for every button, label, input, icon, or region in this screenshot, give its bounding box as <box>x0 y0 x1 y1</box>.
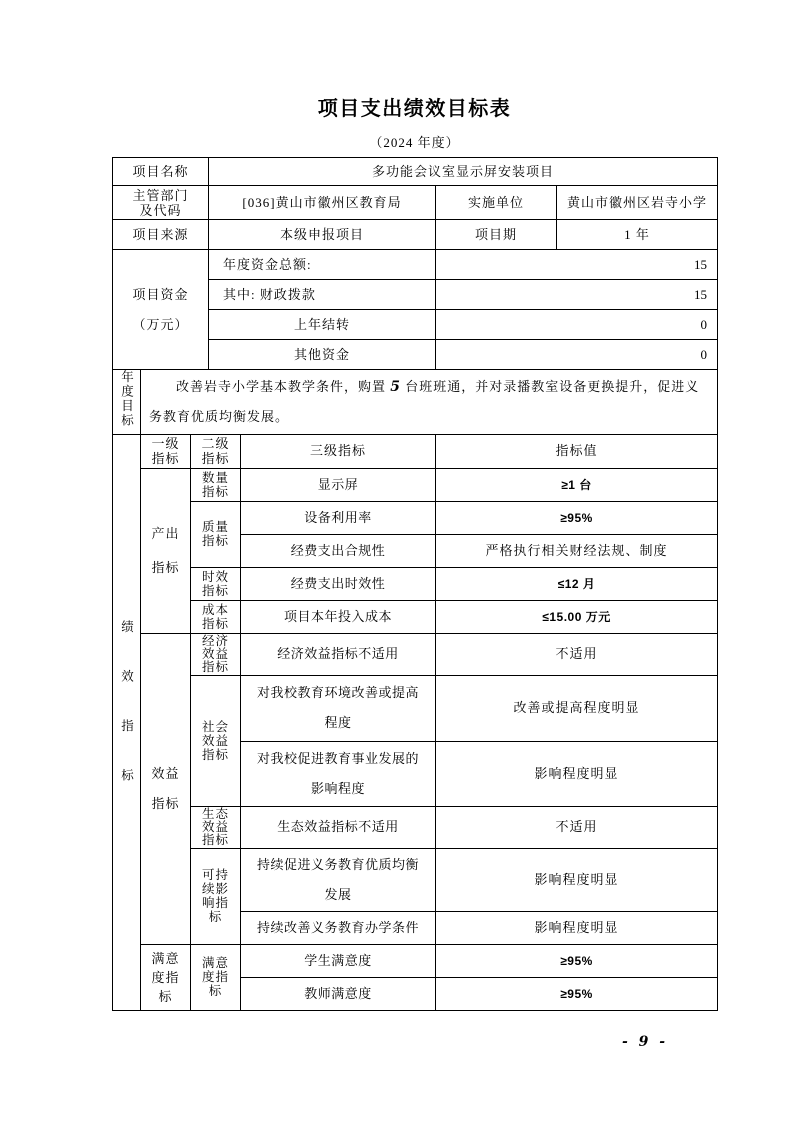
tier2-label: 时效 指标 <box>191 567 241 600</box>
table-row: 产出 指标 数量 指标 显示屏 ≥1 台 <box>113 468 718 501</box>
metric-cell: 对我校教育环境改善或提高 程度 <box>241 675 436 741</box>
table-row: 质量 指标 设备利用率 ≥95% <box>113 501 718 534</box>
project-source-label: 项目来源 <box>113 220 209 250</box>
project-period-value: 1 年 <box>557 220 718 250</box>
value-cell: ≤15.00 万元 <box>436 600 718 633</box>
metric-cell: 经费支出时效性 <box>241 567 436 600</box>
performance-target-table: 项目名称 多功能会议室显示屏安装项目 主管部门 及代码 [036]黄山市徽州区教… <box>112 157 718 1011</box>
tier2-label: 社会 效益 指标 <box>191 675 241 806</box>
tier2-label: 数量 指标 <box>191 468 241 501</box>
tier1-header: 一级 指标 <box>141 434 191 468</box>
table-row: 可持 续影 响指 标 持续促进义务教育优质均衡 发展 影响程度明显 <box>113 848 718 911</box>
project-period-label: 项目期 <box>436 220 557 250</box>
value-cell: ≥95% <box>436 944 718 977</box>
tier2-label: 经济 效益 指标 <box>191 633 241 675</box>
annual-goal-label-text: 年度目标 <box>114 370 140 428</box>
value-cell: 不适用 <box>436 633 718 675</box>
goal-handwritten-number: 5 <box>390 379 401 395</box>
impl-unit-value: 黄山市徽州区岩寺小学 <box>557 186 718 220</box>
metric-cell: 学生满意度 <box>241 944 436 977</box>
metric-cell: 持续改善义务教育办学条件 <box>241 911 436 944</box>
project-source-value: 本级申报项目 <box>209 220 436 250</box>
value-cell: 影响程度明显 <box>436 741 718 806</box>
table-row: 满意 度指 标 满意 度指 标 学生满意度 ≥95% <box>113 944 718 977</box>
table-row: 主管部门 及代码 [036]黄山市徽州区教育局 实施单位 黄山市徽州区岩寺小学 <box>113 186 718 220</box>
tier1-satisfaction-label: 满意 度指 标 <box>141 944 191 1010</box>
project-name-label: 项目名称 <box>113 158 209 186</box>
funding-row-value: 15 <box>436 280 718 310</box>
table-row: 成本 指标 项目本年投入成本 ≤15.00 万元 <box>113 600 718 633</box>
dept-code-label: 主管部门 及代码 <box>113 186 209 220</box>
tier2-label: 可持 续影 响指 标 <box>191 848 241 944</box>
tier2-label: 成本 指标 <box>191 600 241 633</box>
table-row: 效益 指标 经济 效益 指标 经济效益指标不适用 不适用 <box>113 633 718 675</box>
table-row: 社会 效益 指标 对我校教育环境改善或提高 程度 改善或提高程度明显 <box>113 675 718 741</box>
funding-row-label: 年度资金总额: <box>209 250 436 280</box>
value-cell: 严格执行相关财经法规、制度 <box>436 534 718 567</box>
metric-cell: 项目本年投入成本 <box>241 600 436 633</box>
tier1-output-label: 产出 指标 <box>141 468 191 633</box>
annual-goal-text: 改善岩寺小学基本教学条件，购置 5 台班班通，并对录播教室设备更换提升，促进义务… <box>141 370 718 435</box>
metric-cell: 持续促进义务教育优质均衡 发展 <box>241 848 436 911</box>
table-row: 绩效指标 一级 指标 二级 指标 三级指标 指标值 <box>113 434 718 468</box>
performance-section-label-text: 绩效指标 <box>114 620 140 818</box>
value-header: 指标值 <box>436 434 718 468</box>
funding-row-value: 0 <box>436 340 718 370</box>
tier3-header: 三级指标 <box>241 434 436 468</box>
table-row: 项目来源 本级申报项目 项目期 1 年 <box>113 220 718 250</box>
metric-cell: 设备利用率 <box>241 501 436 534</box>
tier2-label: 满意 度指 标 <box>191 944 241 1010</box>
table-row: 时效 指标 经费支出时效性 ≤12 月 <box>113 567 718 600</box>
tier2-label: 质量 指标 <box>191 501 241 567</box>
page-subtitle: （2024 年度） <box>112 132 717 151</box>
project-funding-label: 项目资金 （万元） <box>113 250 209 370</box>
annual-goal-label: 年度目标 <box>113 370 141 435</box>
document-page: 项目支出绩效目标表 （2024 年度） 项目名称 多功能会议室显示屏安装项目 主… <box>0 0 793 1122</box>
metric-cell: 经费支出合规性 <box>241 534 436 567</box>
project-name-value: 多功能会议室显示屏安装项目 <box>209 158 718 186</box>
metric-cell: 经济效益指标不适用 <box>241 633 436 675</box>
table-row: 项目资金 （万元） 年度资金总额: 15 <box>113 250 718 280</box>
tier2-label: 生态 效益 指标 <box>191 806 241 848</box>
value-cell: ≥1 台 <box>436 468 718 501</box>
page-title: 项目支出绩效目标表 <box>112 92 717 121</box>
funding-row-label: 其他资金 <box>209 340 436 370</box>
table-row: 年度目标 改善岩寺小学基本教学条件，购置 5 台班班通，并对录播教室设备更换提升… <box>113 370 718 435</box>
value-cell: 影响程度明显 <box>436 911 718 944</box>
value-cell: ≤12 月 <box>436 567 718 600</box>
metric-cell: 对我校促进教育事业发展的 影响程度 <box>241 741 436 806</box>
table-row: 项目名称 多功能会议室显示屏安装项目 <box>113 158 718 186</box>
table-row: 生态 效益 指标 生态效益指标不适用 不适用 <box>113 806 718 848</box>
funding-row-value: 15 <box>436 250 718 280</box>
impl-unit-label: 实施单位 <box>436 186 557 220</box>
value-cell: 影响程度明显 <box>436 848 718 911</box>
value-cell: 不适用 <box>436 806 718 848</box>
metric-cell: 显示屏 <box>241 468 436 501</box>
value-cell: 改善或提高程度明显 <box>436 675 718 741</box>
value-cell: ≥95% <box>436 501 718 534</box>
goal-text-part: 改善岩寺小学基本教学条件，购置 <box>176 379 390 394</box>
value-cell: ≥95% <box>436 977 718 1010</box>
metric-cell: 教师满意度 <box>241 977 436 1010</box>
metric-cell: 生态效益指标不适用 <box>241 806 436 848</box>
page-number: - 9 - <box>585 1034 705 1050</box>
funding-row-label: 上年结转 <box>209 310 436 340</box>
tier1-benefit-label: 效益 指标 <box>141 633 191 944</box>
tier2-header: 二级 指标 <box>191 434 241 468</box>
performance-section-label: 绩效指标 <box>113 434 141 1010</box>
funding-row-label: 其中: 财政拨款 <box>209 280 436 310</box>
dept-code-value: [036]黄山市徽州区教育局 <box>209 186 436 220</box>
funding-row-value: 0 <box>436 310 718 340</box>
